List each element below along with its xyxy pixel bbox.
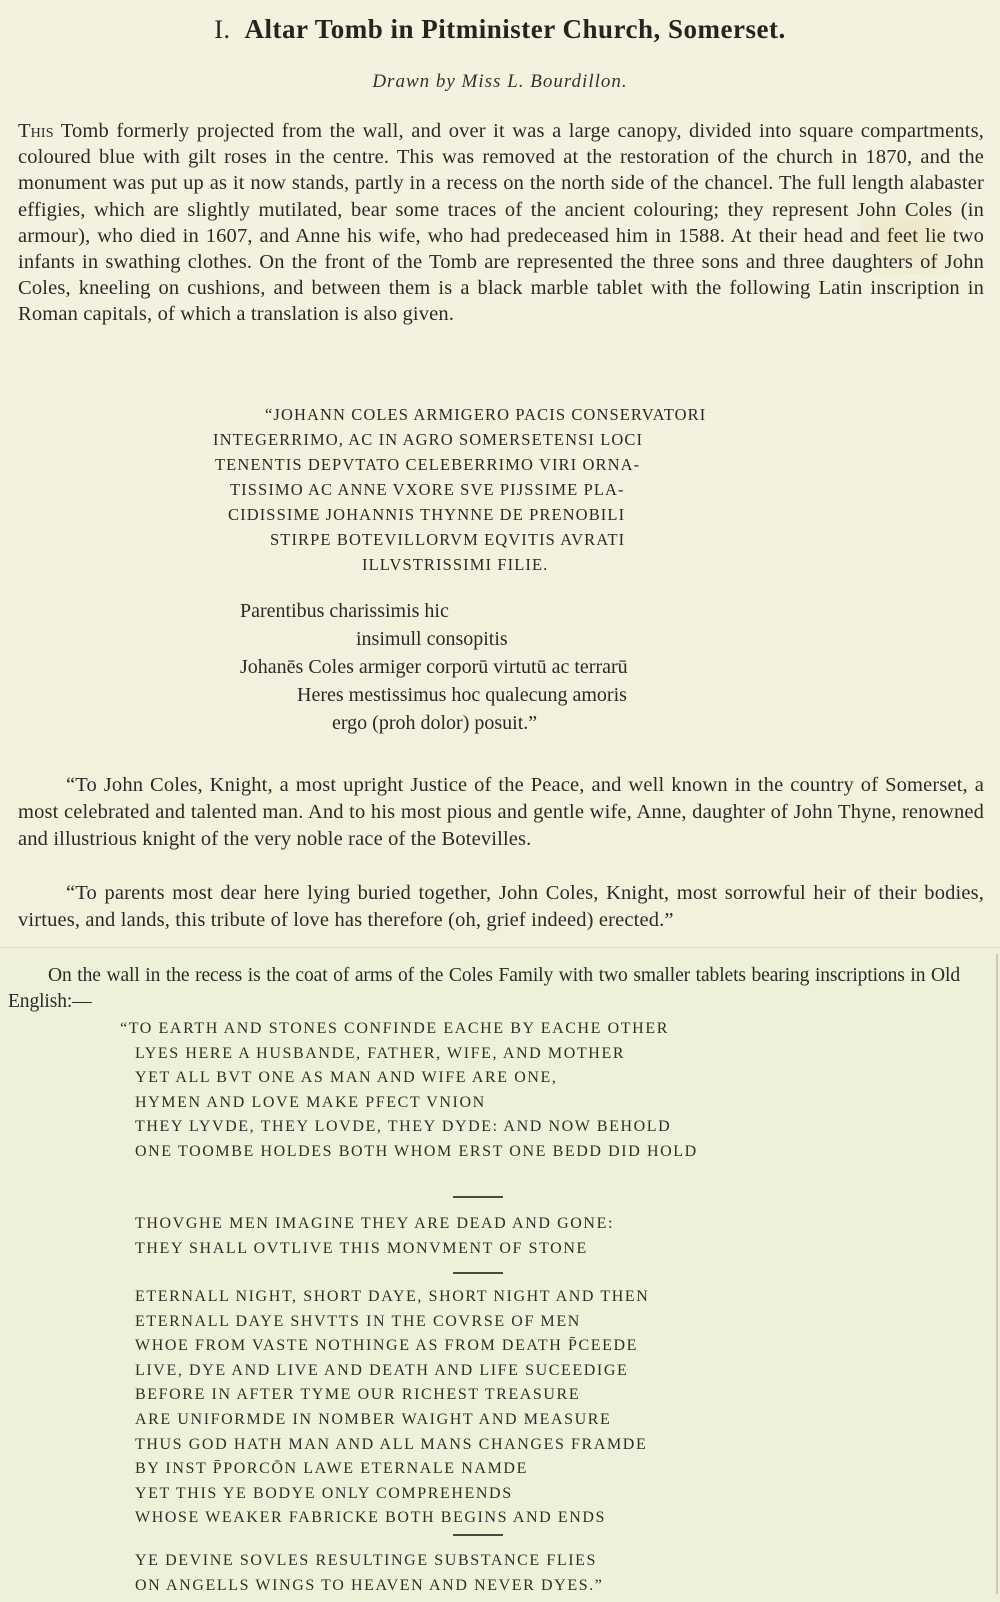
verse-line: THEY LYVDE, THEY LOVDE, THEY DYDE: AND N… — [135, 1115, 671, 1140]
verse-line: WHOE FROM VASTE NOTHINGE AS FROM DEATH P… — [135, 1334, 638, 1359]
verse-line: HYMEN AND LOVE MAKE PFECT VNION — [135, 1091, 486, 1116]
divider-rule — [453, 1534, 503, 1536]
verse-line: ARE UNIFORMDE IN NOMBER WAIGHT AND MEASU… — [135, 1408, 611, 1433]
verse-line: ON ANGELLS WINGS TO HEAVEN AND NEVER DYE… — [135, 1574, 604, 1599]
verse-line: BEFORE IN AFTER TYME OUR RICHEST TREASUR… — [135, 1383, 580, 1408]
verse-line: THEY SHALL OVTLIVE THIS MONVMENT OF STON… — [135, 1237, 588, 1262]
recess-paragraph: On the wall in the recess is the coat of… — [8, 963, 960, 1015]
verse-line: YET THIS YE BODYE ONLY COMPREHENDS — [135, 1482, 513, 1507]
latin-line: Parentibus charissimis hic — [240, 597, 449, 627]
intro-lead: This — [18, 120, 54, 142]
verse-line: WHOSE WEAKER FABRICKE BOTH BEGINS AND EN… — [135, 1506, 606, 1531]
intro-paragraph: This Tomb formerly projected from the wa… — [18, 118, 984, 328]
latin-line: ILLVSTRISSIMI FILIE. — [362, 552, 548, 577]
intro-body: Tomb formerly projected from the wall, a… — [18, 120, 984, 325]
plate-title: Altar Tomb in Pitminister Church, Somers… — [244, 14, 785, 44]
latin-line: Heres mestissimus hoc qualecung amoris — [297, 681, 627, 711]
plate-number: I. — [214, 15, 230, 44]
latin-line: INTEGERRIMO, AC IN AGRO SOMERSETENSI LOC… — [213, 427, 643, 452]
translation-text: “To John Coles, Knight, a most upright J… — [18, 774, 984, 850]
divider-rule — [453, 1272, 503, 1274]
verse-line: YET ALL BVT ONE AS MAN AND WIFE ARE ONE, — [135, 1066, 558, 1091]
verse-line: BY INST P̄PORCŌN LAWE ETERNALE NAMDE — [135, 1457, 528, 1482]
latin-line: “JOHANN COLES ARMIGERO PACIS CONSERVATOR… — [265, 402, 706, 427]
translation-paragraph-1: “To John Coles, Knight, a most upright J… — [18, 772, 984, 852]
latin-line: TENENTIS DEPVTATO CELEBERRIMO VIRI ORNA- — [215, 452, 640, 477]
latin-line: STIRPE BOTEVILLORVM EQVITIS AVRATI — [270, 527, 625, 552]
page-title: I.Altar Tomb in Pitminister Church, Some… — [0, 14, 1000, 45]
verse-line: YE DEVINE SOVLES RESULTINGE SUBSTANCE FL… — [135, 1549, 597, 1574]
divider-rule — [453, 1196, 503, 1198]
verse-line: “TO EARTH AND STONES CONFINDE EACHE BY E… — [120, 1017, 669, 1042]
verse-line: THUS GOD HATH MAN AND ALL MANS CHANGES F… — [135, 1433, 647, 1458]
translation-paragraph-2: “To parents most dear here lying buried … — [18, 880, 984, 934]
latin-line: TISSIMO AC ANNE VXORE SVE PIJSSIME PLA- — [230, 477, 625, 502]
verse-line: LYES HERE A HUSBANDE, FATHER, WIFE, AND … — [135, 1042, 625, 1067]
latin-line: Johanēs Coles armiger corporū virtutū ac… — [240, 653, 628, 683]
latin-line: insimull consopitis — [356, 625, 508, 655]
translation-text: “To parents most dear here lying buried … — [18, 882, 984, 931]
page-edge — [996, 954, 998, 1594]
verse-line: THOVGHE MEN IMAGINE THEY ARE DEAD AND GO… — [135, 1212, 614, 1237]
latin-line: ergo (proh dolor) posuit.” — [332, 709, 537, 739]
verse-line: LIVE, DYE AND LIVE AND DEATH AND LIFE SU… — [135, 1359, 628, 1384]
verse-line: ETERNALL DAYE SHVTTS IN THE COVRSE OF ME… — [135, 1310, 581, 1335]
byline: Drawn by Miss L. Bourdillon. — [0, 71, 1000, 93]
verse-line: ONE TOOMBE HOLDES BOTH WHOM ERST ONE BED… — [135, 1140, 698, 1165]
recess-text: On the wall in the recess is the coat of… — [8, 965, 960, 1012]
verse-line: ETERNALL NIGHT, SHORT DAYE, SHORT NIGHT … — [135, 1285, 649, 1310]
latin-line: CIDISSIME JOHANNIS THYNNE DE PRENOBILI — [228, 502, 625, 527]
